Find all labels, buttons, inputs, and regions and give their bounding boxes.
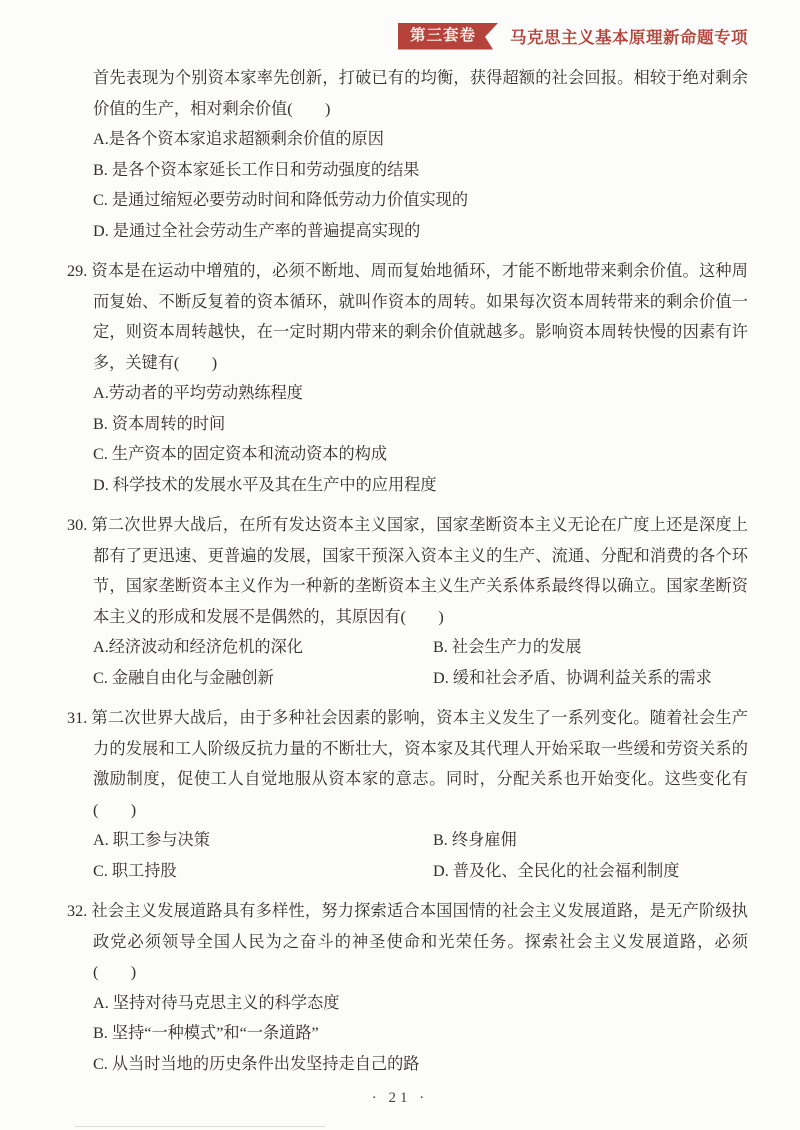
question-stem: 31.第二次世界大战后，由于多种社会因素的影响，资本主义发生了一系列变化。随着社… bbox=[93, 703, 748, 825]
options-list: A.是各个资本家追求超额剩余价值的原因 B. 是各个资本家延长工作日和劳动强度的… bbox=[93, 124, 748, 246]
question-number: 30. bbox=[67, 516, 87, 534]
option-d: D. 普及化、全民化的社会福利制度 bbox=[433, 856, 748, 887]
option-a: A. 坚持对待马克思主义的科学态度 bbox=[93, 988, 748, 1019]
question-number: 32. bbox=[67, 902, 87, 920]
question-number: 29. bbox=[67, 262, 87, 280]
option-a: A. 职工参与决策 bbox=[93, 825, 433, 856]
set-number-badge: 第三套卷 bbox=[398, 23, 498, 50]
question-stem-text: 第二次世界大战后，由于多种社会因素的影响，资本主义发生了一系列变化。随着社会生产… bbox=[91, 709, 748, 819]
question-stem-text: 资本是在运动中增殖的，必须不断地、周而复始地循环，才能不断地带来剩余价值。这种周… bbox=[91, 262, 748, 372]
page-header: 第三套卷 马克思主义基本原理新命题专项 bbox=[398, 23, 748, 50]
option-c: C. 从当时当地的历史条件出发坚持走自己的路 bbox=[93, 1049, 748, 1080]
option-a: A.劳动者的平均劳动熟练程度 bbox=[93, 378, 748, 409]
option-b: B. 坚持“一种模式”和“一条道路” bbox=[93, 1018, 748, 1049]
option-c: C. 金融自由化与金融创新 bbox=[93, 663, 433, 694]
question-29: 29.资本是在运动中增殖的，必须不断地、周而复始地循环，才能不断地带来剩余价值。… bbox=[93, 256, 748, 500]
scan-artifact-line bbox=[75, 1126, 325, 1127]
option-d: D. 是通过全社会劳动生产率的普遍提高实现的 bbox=[93, 216, 748, 247]
option-a: A.经济波动和经济危机的深化 bbox=[93, 632, 433, 663]
option-c: C. 生产资本的固定资本和流动资本的构成 bbox=[93, 439, 748, 470]
question-stem-text: 第二次世界大战后，在所有发达资本主义国家，国家垄断资本主义无论在广度上还是深度上… bbox=[91, 516, 748, 626]
option-a: A.是各个资本家追求超额剩余价值的原因 bbox=[93, 124, 748, 155]
question-stem: 29.资本是在运动中增殖的，必须不断地、周而复始地循环，才能不断地带来剩余价值。… bbox=[93, 256, 748, 378]
option-b: B. 社会生产力的发展 bbox=[433, 632, 748, 663]
option-b: B. 终身雇佣 bbox=[433, 825, 748, 856]
options-list: A. 职工参与决策 B. 终身雇佣 C. 职工持股 D. 普及化、全民化的社会福… bbox=[93, 825, 748, 886]
question-stem: 首先表现为个别资本家率先创新，打破已有的均衡，获得超额的社会回报。相较于绝对剩余… bbox=[93, 63, 748, 124]
option-c: C. 职工持股 bbox=[93, 856, 433, 887]
question-32: 32.社会主义发展道路具有多样性，努力探索适合本国国情的社会主义发展道路，是无产… bbox=[93, 896, 748, 1079]
exam-page: 第三套卷 马克思主义基本原理新命题专项 首先表现为个别资本家率先创新，打破已有的… bbox=[0, 0, 800, 1130]
option-b: B. 是各个资本家延长工作日和劳动强度的结果 bbox=[93, 155, 748, 186]
option-d: D. 缓和社会矛盾、协调利益关系的需求 bbox=[433, 663, 748, 694]
option-d: D. 科学技术的发展水平及其在生产中的应用程度 bbox=[93, 470, 748, 501]
question-stem-text: 社会主义发展道路具有多样性，努力探索适合本国国情的社会主义发展道路，是无产阶级执… bbox=[91, 902, 748, 981]
options-list: A.劳动者的平均劳动熟练程度 B. 资本周转的时间 C. 生产资本的固定资本和流… bbox=[93, 378, 748, 500]
question-stem: 32.社会主义发展道路具有多样性，努力探索适合本国国情的社会主义发展道路，是无产… bbox=[93, 896, 748, 988]
options-list: A.经济波动和经济危机的深化 B. 社会生产力的发展 C. 金融自由化与金融创新… bbox=[93, 632, 748, 693]
section-title: 马克思主义基本原理新命题专项 bbox=[510, 24, 748, 48]
question-31: 31.第二次世界大战后，由于多种社会因素的影响，资本主义发生了一系列变化。随着社… bbox=[93, 703, 748, 886]
option-c: C. 是通过缩短必要劳动时间和降低劳动力价值实现的 bbox=[93, 185, 748, 216]
option-b: B. 资本周转的时间 bbox=[93, 409, 748, 440]
question-30: 30.第二次世界大战后，在所有发达资本主义国家，国家垄断资本主义无论在广度上还是… bbox=[93, 510, 748, 693]
options-list: A. 坚持对待马克思主义的科学态度 B. 坚持“一种模式”和“一条道路” C. … bbox=[93, 988, 748, 1080]
question-number: 31. bbox=[67, 709, 87, 727]
page-number: · 21 · bbox=[0, 1090, 800, 1107]
question-continuation: 首先表现为个别资本家率先创新，打破已有的均衡，获得超额的社会回报。相较于绝对剩余… bbox=[93, 63, 748, 246]
question-stem: 30.第二次世界大战后，在所有发达资本主义国家，国家垄断资本主义无论在广度上还是… bbox=[93, 510, 748, 632]
questions-area: 首先表现为个别资本家率先创新，打破已有的均衡，获得超额的社会回报。相较于绝对剩余… bbox=[93, 63, 748, 1079]
